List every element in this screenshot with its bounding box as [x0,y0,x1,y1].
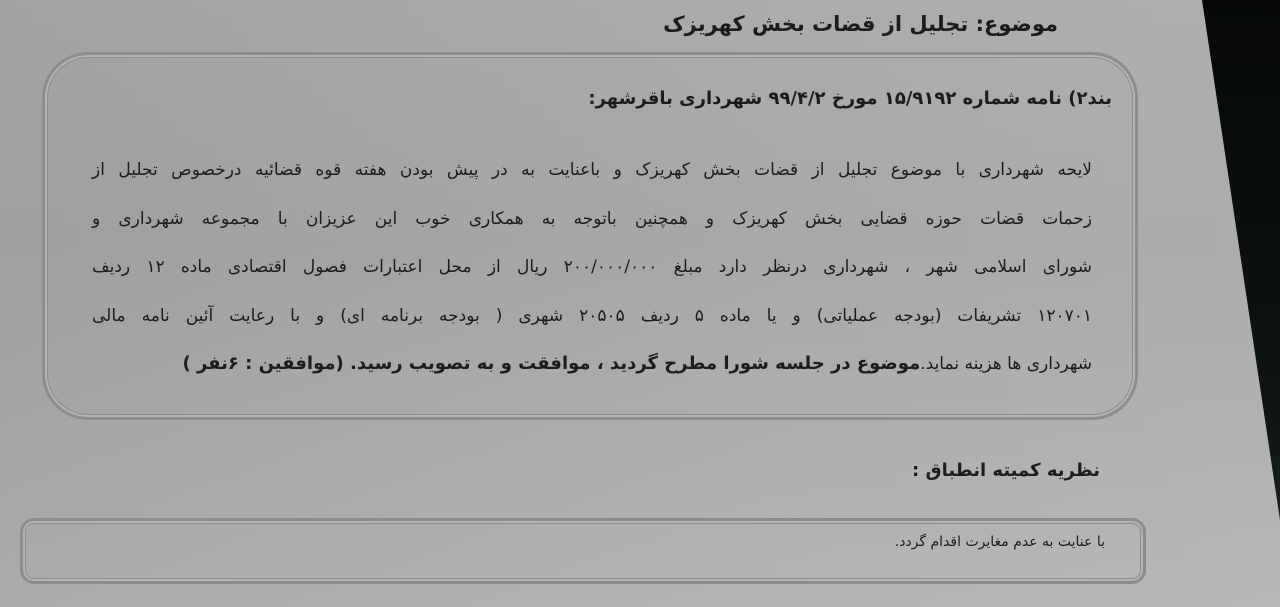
clause-body-line: لایحه شهرداری با موضوع تجلیل از قضات بخش… [92,146,1092,195]
clause-body-line: زحمات قضات حوزه قضایی بخش کهریزک و همچنی… [92,195,1092,244]
council-decision: موضوع در جلسه شورا مطرح گردید ، موافقت و… [182,353,920,374]
clause-body-line: ۱۲۰۷۰۱ تشریفات (بودجه عملیاتی) و یا ماده… [92,292,1092,341]
clause-body-last-line: شهرداری ها هزینه نماید.موضوع در جلسه شور… [92,340,1092,389]
document-photo: موضوع: تجلیل از قضات بخش کهریزک بند۲) نا… [0,0,1280,607]
clause-heading: بند۲) نامه شماره ۱۵/۹۱۹۲ مورخ ۹۹/۴/۲ شهر… [588,88,1112,109]
committee-frame [20,518,1146,584]
clause-body-line: شورای اسلامی شهر ، شهرداری درنظر دارد مب… [92,243,1092,292]
clause-body-closing: شهرداری ها هزینه نماید. [920,354,1092,374]
clause-body: لایحه شهرداری با موضوع تجلیل از قضات بخش… [92,146,1092,389]
committee-opinion-text: با عنایت به عدم مغایرت اقدام گردد. [895,534,1105,550]
document-subject: موضوع: تجلیل از قضات بخش کهریزک [663,12,1058,36]
committee-opinion-label: نظریه کمیته انطباق : [912,460,1100,481]
